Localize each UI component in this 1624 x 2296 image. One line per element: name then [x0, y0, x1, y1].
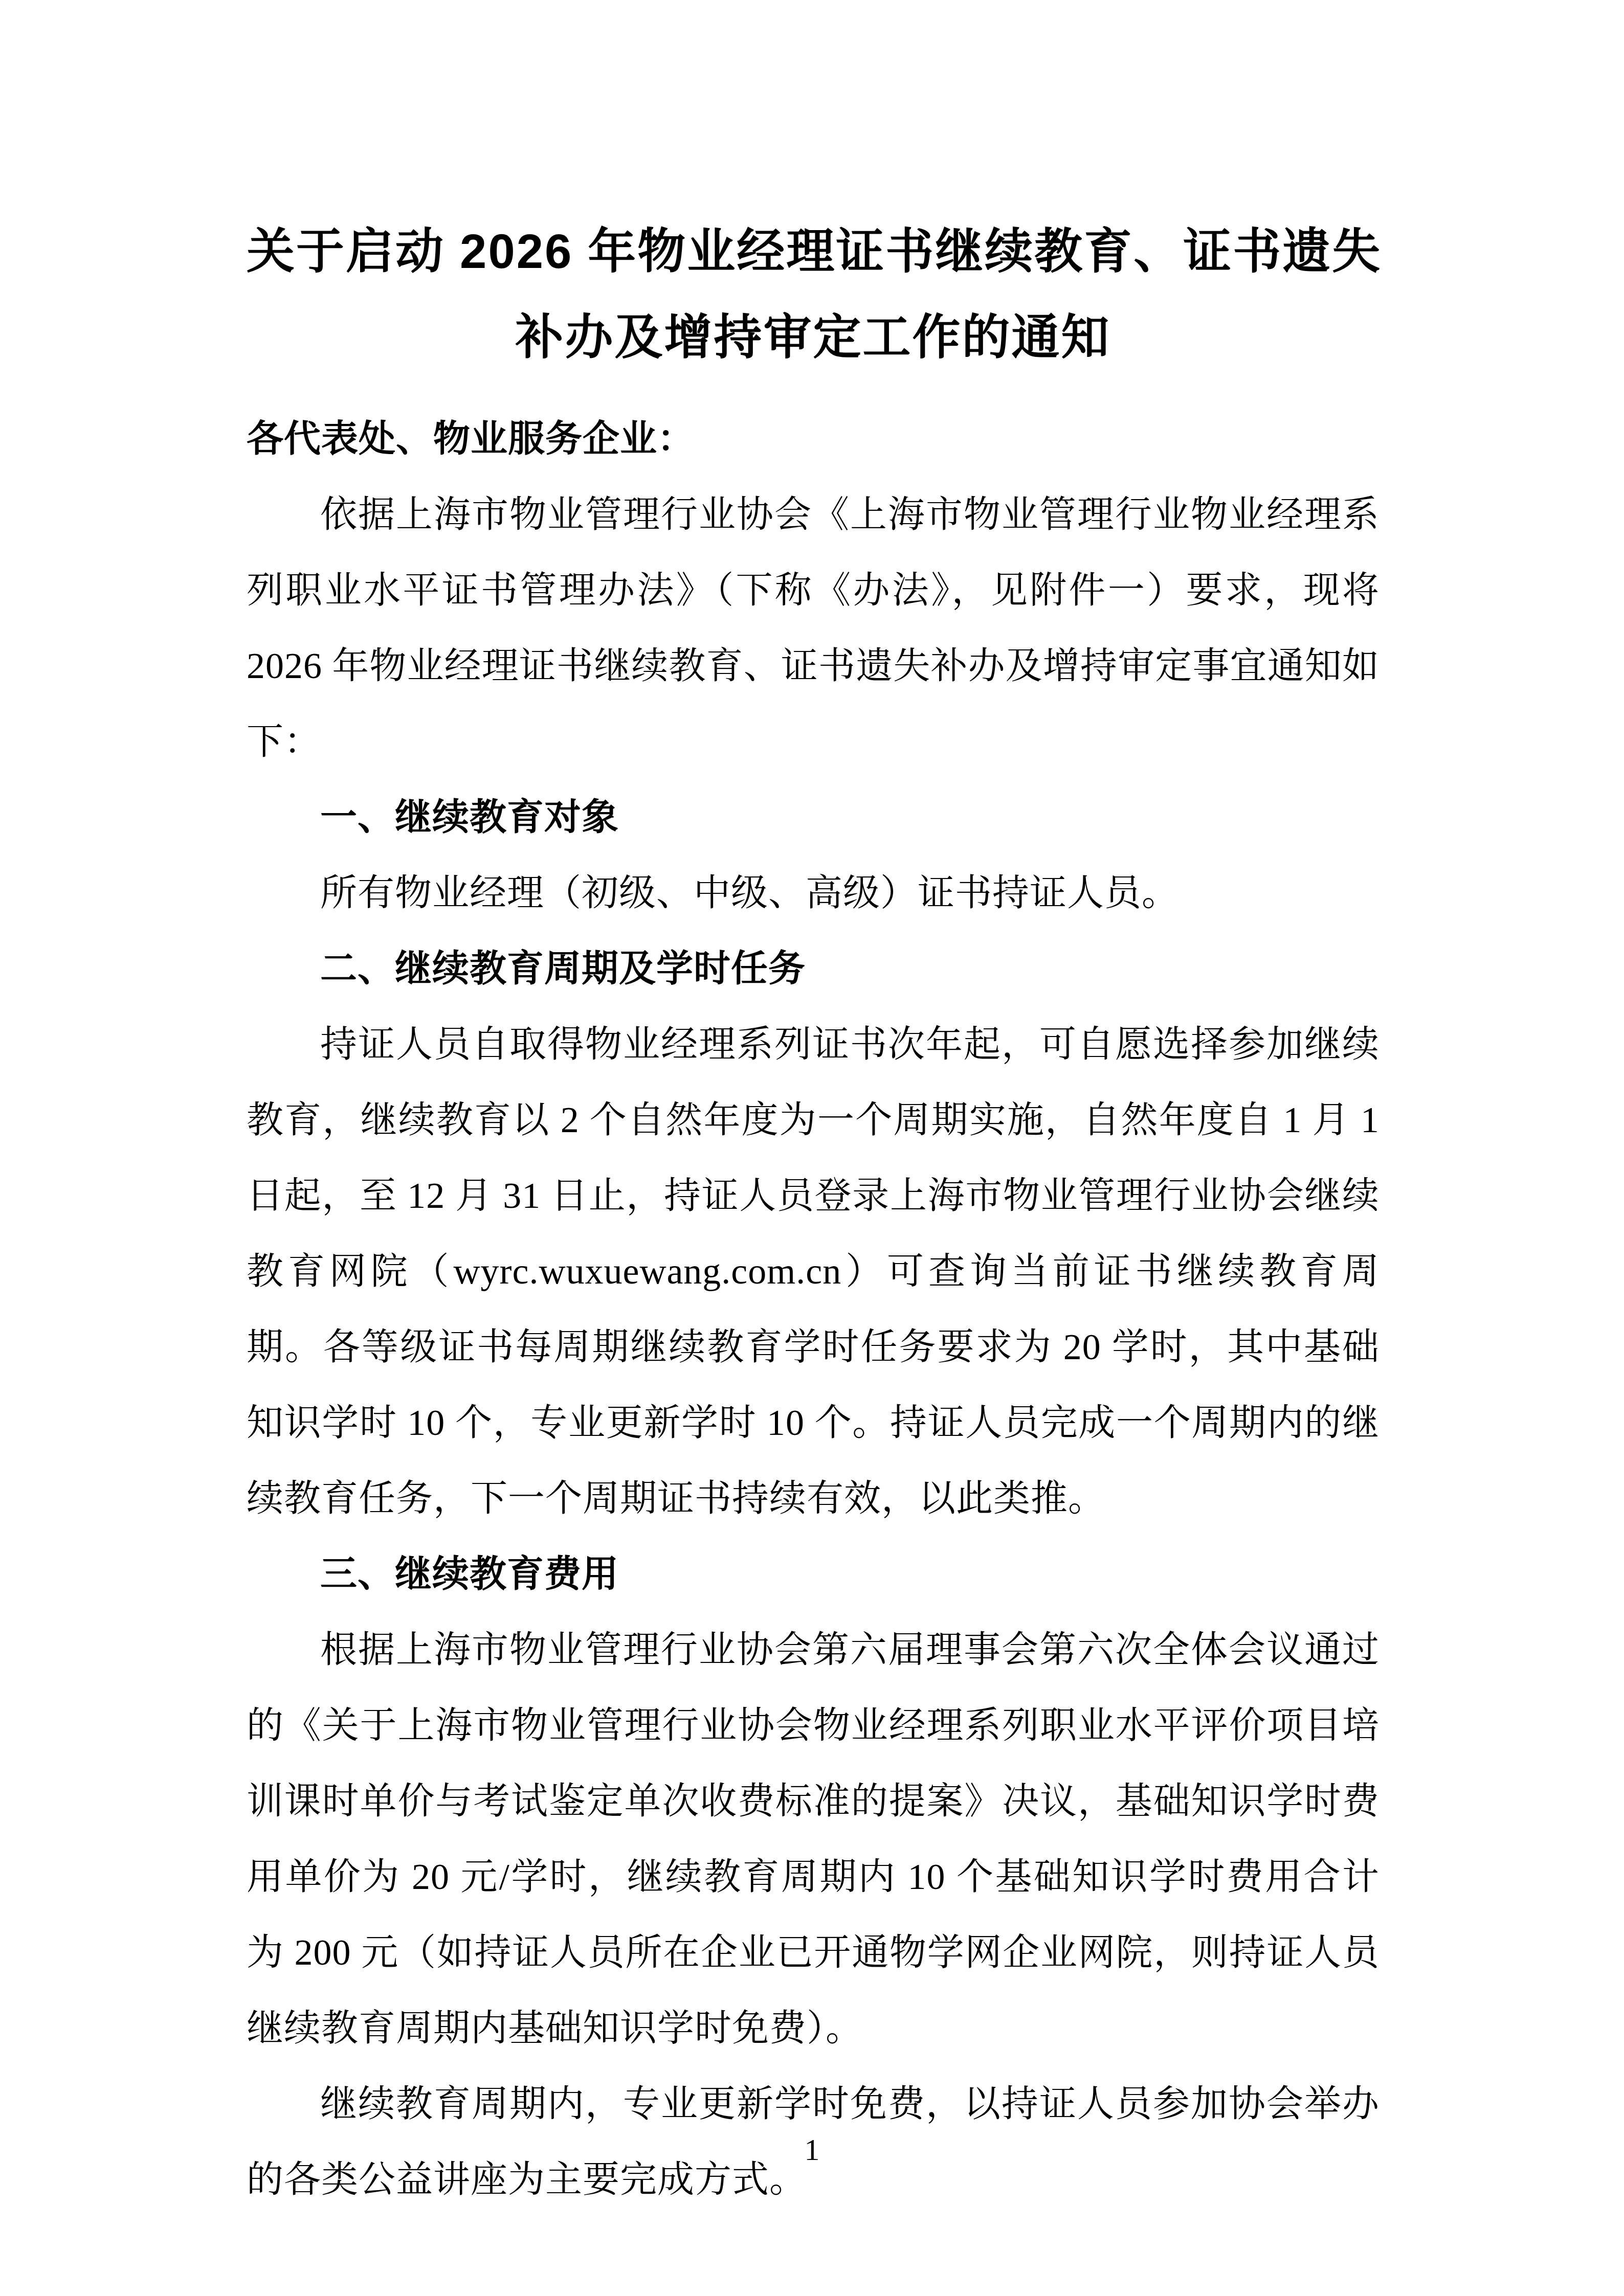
document-content: 关于启动 2026 年物业经理证书继续教育、证书遗失 补办及增持审定工作的通知 … [247, 209, 1380, 2217]
page-footer: 1 [0, 2133, 1624, 2166]
section-heading-3: 三、继续教育费用 [247, 1536, 1380, 1612]
intro-paragraph: 依据上海市物业管理行业协会《上海市物业管理行业物业经理系列职业水平证书管理办法》… [247, 477, 1380, 779]
section-heading-1: 一、继续教育对象 [247, 779, 1380, 855]
document-title: 关于启动 2026 年物业经理证书继续教育、证书遗失 补办及增持审定工作的通知 [247, 209, 1380, 380]
section-1-paragraph: 所有物业经理（初级、中级、高级）证书持证人员。 [247, 855, 1380, 931]
document-title-line-2: 补办及增持审定工作的通知 [247, 295, 1380, 380]
section-3-paragraph-1: 根据上海市物业管理行业协会第六届理事会第六次全体会议通过的《关于上海市物业管理行… [247, 1612, 1380, 2066]
salutation-line: 各代表处、物业服务企业： [247, 401, 1380, 477]
section-2-paragraph: 持证人员自取得物业经理系列证书次年起，可自愿选择参加继续教育，继续教育以 2 个… [247, 1006, 1380, 1536]
document-page: 关于启动 2026 年物业经理证书继续教育、证书遗失 补办及增持审定工作的通知 … [0, 0, 1624, 2296]
section-heading-2: 二、继续教育周期及学时任务 [247, 931, 1380, 1006]
document-title-line-1: 关于启动 2026 年物业经理证书继续教育、证书遗失 [247, 209, 1380, 295]
page-number: 1 [805, 2133, 820, 2167]
